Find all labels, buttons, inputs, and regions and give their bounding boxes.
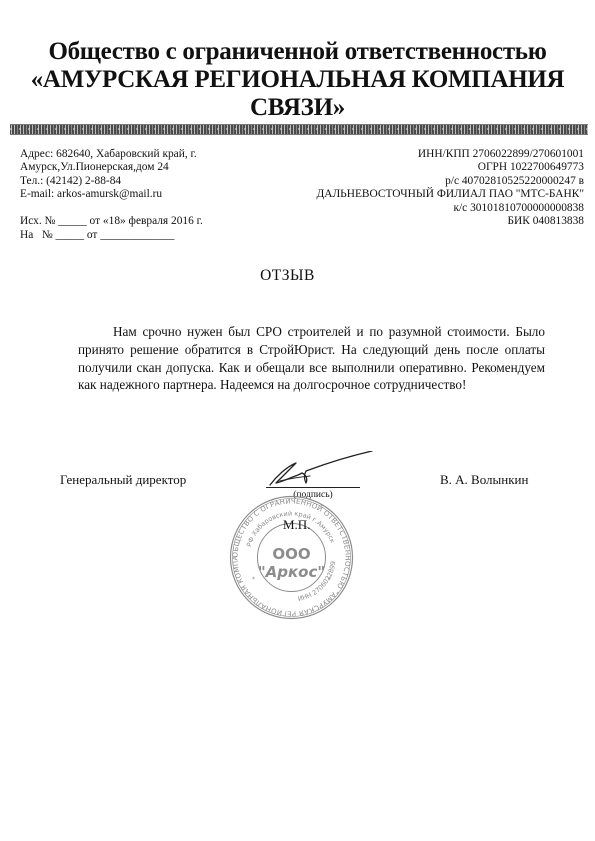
bank-details-block: ИНН/КПП 2706022899/270601001 ОГРН 102270… [316, 148, 584, 228]
seal-placement-label: М.П. [283, 517, 310, 533]
svg-text:*: * [328, 576, 331, 583]
contact-block: Адрес: 682640, Хабаровский край, г. Амур… [20, 148, 197, 202]
phone: Тел.: (42142) 2-88-84 [20, 175, 197, 188]
company-name-line1: «АМУРСКАЯ РЕГИОНАЛЬНАЯ КОМПАНИЯ [0, 66, 595, 94]
company-legal-form: Общество с ограниченной ответственностью [0, 38, 595, 66]
address-line-2: Амурск,Ул.Пионерская,дом 24 [20, 161, 197, 174]
handwritten-signature [262, 451, 374, 491]
document-title: ОТЗЫВ [0, 267, 575, 285]
company-name-line2: СВЯЗИ» [0, 94, 595, 122]
ornamental-divider [10, 124, 588, 135]
address-line-1: Адрес: 682640, Хабаровский край, г. [20, 148, 197, 161]
email: E-mail: arkos-amursk@mail.ru [20, 188, 197, 201]
company-seal-stamp: ОБЩЕСТВО С ОГРАНИЧЕННОЙ ОТВЕТСТВЕННОСТЬЮ… [229, 495, 354, 620]
document-body: Нам срочно нужен был СРО строителей и по… [78, 323, 545, 394]
outgoing-ref: Исх. № _____ от «18» февраля 2016 г. [20, 215, 203, 229]
svg-text:*: * [252, 576, 255, 583]
settlement-account: р/с 40702810525220000247 в [316, 175, 584, 188]
signatory-name: В. А. Волынкин [440, 472, 528, 488]
signatory-role: Генеральный директор [60, 472, 186, 488]
bank-name: ДАЛЬНЕВОСТОЧНЫЙ ФИЛИАЛ ПАО "МТС-БАНК" [316, 188, 584, 201]
svg-text:ООО: ООО [272, 545, 310, 563]
incoming-ref: На № _____ от _____________ [20, 229, 203, 243]
ogrn: ОГРН 1022700649773 [316, 161, 584, 174]
reference-block: Исх. № _____ от «18» февраля 2016 г. На … [20, 215, 203, 242]
inn-kpp: ИНН/КПП 2706022899/270601001 [316, 148, 584, 161]
svg-text:"Аркос": "Аркос" [258, 563, 325, 581]
correspondent-account: к/с 30101810700000000838 [316, 202, 584, 215]
bik: БИК 040813838 [316, 215, 584, 228]
